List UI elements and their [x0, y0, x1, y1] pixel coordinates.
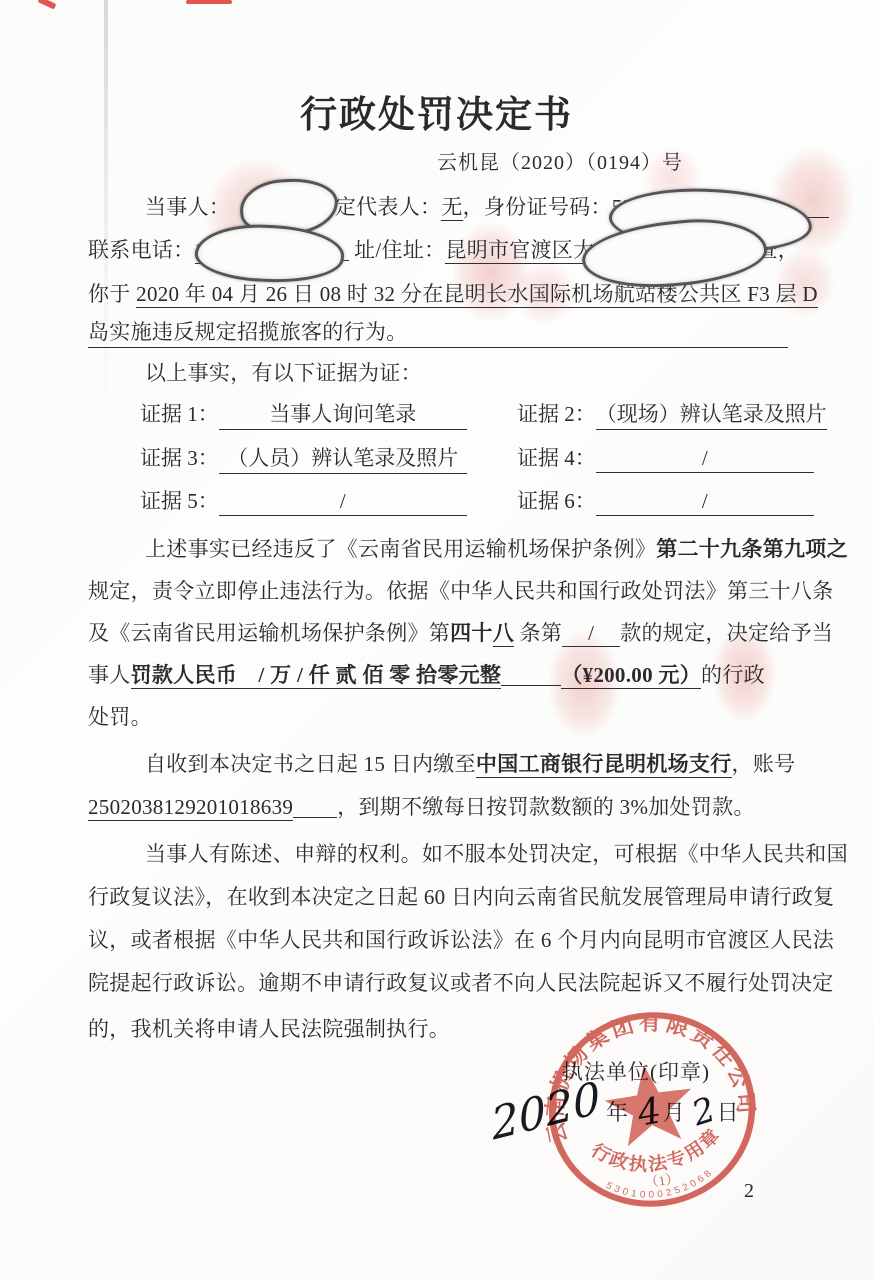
evidence-5-value: /: [219, 489, 467, 516]
id-label: 身份证号码：: [484, 195, 612, 219]
bank-name: 中国工商银行昆明机场支行: [476, 752, 732, 778]
ruling-text: 上述事实已经违反了《云南省民用运输机场保护条例》: [145, 537, 656, 561]
penalty-amount-words: 罚款人民币 / 万 / 仟 贰 佰 零 拾零元整: [131, 663, 502, 689]
rights-line-5: 的，我机关将申请人民法院强制执行。: [88, 1013, 450, 1043]
evidence-6-value: /: [596, 489, 814, 516]
fact-line-1: 你于 2020 年 04 月 26 日 08 时 32 分在昆明长水国际机场航站…: [88, 278, 818, 308]
article-number-filled: 八: [493, 621, 514, 647]
blank-underline: [501, 664, 561, 686]
penalty-decision-document: 行政处罚决定书 云机昆（2020）（0194）号 当事人：，法定代表人：无，身份…: [0, 0, 873, 1280]
evidence-intro: 以上事实，有以下证据为证：: [88, 357, 422, 387]
payment-text: ，账号: [732, 752, 796, 776]
evidence-4-label: 证据 4：: [517, 446, 596, 470]
legal-rep-value: 无: [441, 195, 462, 221]
ruling-line-5: 处罚。: [88, 701, 152, 731]
evidence-row-1: 证据 1：当事人询问笔录 证据 2：（现场）辨认笔录及照片: [140, 398, 467, 430]
rights-line-3: 议，或者根据《中华人民共和国行政诉讼法》在 6 个月内向昆明市官渡区人民法: [88, 924, 834, 954]
party-label: 当事人：: [145, 195, 230, 219]
ruling-line-3: 及《云南省民用运输机场保护条例》第四十八 条第/款的规定，决定给予当: [88, 617, 833, 647]
document-number: 云机昆（2020）（0194）号: [437, 146, 683, 175]
penalty-amount-figure: （¥200.00 元）: [561, 663, 701, 689]
article-number: 四十: [450, 621, 493, 645]
payment-line-2: 2502038129201018639，到期不缴每日按罚款数额的 3%加处罚款。: [88, 791, 755, 821]
rights-line-4: 院提起行政诉讼。逾期不申请行政复议或者不向人民法院起诉又不履行处罚决定: [88, 967, 834, 997]
address-label: 址/住址：: [354, 238, 445, 262]
evidence-4-value: /: [596, 446, 814, 473]
fact-underlined-1: 2020 年 04 月 26 日 08 时 32 分在昆明长水国际机场航站楼公共…: [136, 282, 818, 308]
evidence-2-value: （现场）辨认笔录及照片: [596, 398, 827, 430]
corner-red-mark: [186, 0, 232, 4]
rights-line-1: 当事人有陈述、申辩的权利。如不服本处罚决定，可根据《中华人民共和国: [88, 838, 848, 868]
redaction-blob-phone: [194, 221, 346, 286]
violated-article: 第二十九条第九项之: [656, 537, 848, 561]
official-seal: 云南机场集团有限责任公司 行政执法专用章 （1） 5301000252068: [529, 992, 776, 1228]
evidence-1-label: 证据 1：: [140, 402, 219, 426]
separator: ，: [463, 195, 484, 219]
ruling-text: 款的规定，决定给予当: [620, 621, 833, 645]
evidence-1-value: 当事人询问笔录: [219, 398, 467, 430]
rights-line-2: 行政复议法》，在收到本决定之日起 60 日内向云南省民航发展管理局申请行政复: [88, 881, 834, 911]
payment-line-1: 自收到本决定书之日起 15 日内缴至中国工商银行昆明机场支行，账号: [88, 748, 795, 778]
ruling-text: 条第: [514, 621, 562, 645]
evidence-3-value: （人员）辨认笔录及照片: [219, 442, 467, 474]
fact-underlined-2: 岛实施违反规定招揽旅客的行为。: [88, 316, 788, 348]
address-value: 昆明市官渡区大: [445, 238, 594, 264]
evidence-row-2: 证据 3：（人员）辨认笔录及照片 证据 4：/: [140, 442, 467, 474]
evidence-5-label: 证据 5：: [140, 489, 219, 513]
payment-text: ，到期不缴每日按罚款数额的 3%加处罚款。: [337, 795, 755, 819]
payment-text: 自收到本决定书之日起 15 日内缴至: [145, 752, 476, 776]
fact-lead: 你于: [88, 282, 136, 306]
blank-underline: [293, 796, 337, 818]
clause-blank: /: [562, 621, 620, 647]
evidence-row-3: 证据 5：/ 证据 6：/: [140, 485, 467, 516]
penalty-amount-line: 事人罚款人民币 / 万 / 仟 贰 佰 零 拾零元整（¥200.00 元）的行政: [88, 659, 765, 689]
ruling-text: 及《云南省民用运输机场保护条例》第: [88, 621, 450, 645]
ruling-text: 事人: [88, 663, 131, 687]
seal-star: [600, 1059, 697, 1149]
fact-line-2: 岛实施违反规定招揽旅客的行为。: [88, 316, 788, 348]
document-title: 行政处罚决定书: [0, 84, 873, 138]
ruling-line-1: 上述事实已经违反了《云南省民用运输机场保护条例》第二十九条第九项之: [88, 533, 848, 563]
account-number: 2502038129201018639: [88, 795, 293, 821]
ruling-line-2: 规定，责令立即停止违法行为。依据《中华人民共和国行政处罚法》第三十八条: [88, 575, 834, 605]
ruling-text: 的行政: [701, 663, 765, 687]
evidence-6-label: 证据 6：: [517, 489, 596, 513]
evidence-3-label: 证据 3：: [140, 446, 219, 470]
evidence-2-label: 证据 2：: [517, 402, 596, 426]
phone-label: 联系电话：: [88, 238, 195, 262]
corner-red-mark: [38, 0, 57, 10]
